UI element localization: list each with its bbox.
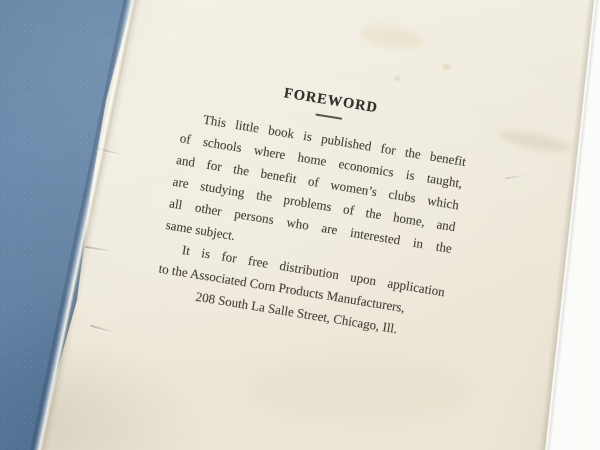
paper-crease [85, 246, 111, 252]
paper-stain [359, 21, 426, 53]
paper-stain [497, 127, 573, 156]
paper-crease [90, 325, 114, 334]
book-photo: FOREWORD This little book is published f… [0, 0, 600, 450]
title-divider [315, 113, 342, 119]
paper-stain [250, 360, 470, 420]
paper-crease [505, 174, 527, 179]
foxing-spot [443, 64, 450, 70]
foreword-text-block: FOREWORD This little book is published f… [154, 70, 474, 346]
foxing-spot [395, 76, 400, 81]
